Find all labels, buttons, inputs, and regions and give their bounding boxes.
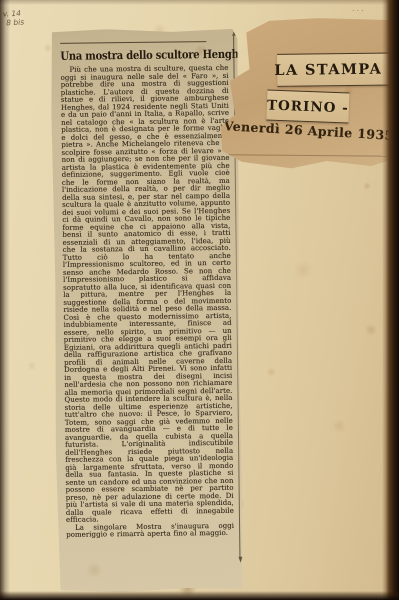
- newspaper-name: LA STAMPA -: [274, 60, 396, 78]
- printers-mark: [238, 557, 242, 563]
- article-headline: Una mostra dello scultore Henghes: [60, 41, 206, 63]
- city-name: TORINO -: [267, 97, 349, 116]
- article-paragraph-2: La singolare Mostra s'inaugura oggi pome…: [66, 522, 234, 539]
- city-clipping: TORINO -: [266, 89, 349, 123]
- printers-mark: [232, 31, 236, 36]
- book-edge-right: [382, 0, 399, 600]
- article-paragraph-1: Più che una mostra di sculture, questa c…: [60, 65, 234, 525]
- page-top-shadow: [0, 0, 399, 5]
- newspaper-name-clipping: LA STAMPA -: [277, 53, 393, 87]
- pencil-dots-mark: ...: [352, 4, 366, 13]
- book-gutter-shadow: [0, 0, 10, 600]
- book-edge-bottom: [0, 591, 399, 600]
- masthead-fragment: LA STAMPA - TORINO - Venerdì 26 Aprile 1…: [220, 17, 398, 171]
- newspaper-clipping: Una mostra dello scultore Henghes Più ch…: [50, 28, 245, 593]
- album-page: v. 14 8 bis ... Una mostra dello scultor…: [0, 0, 399, 600]
